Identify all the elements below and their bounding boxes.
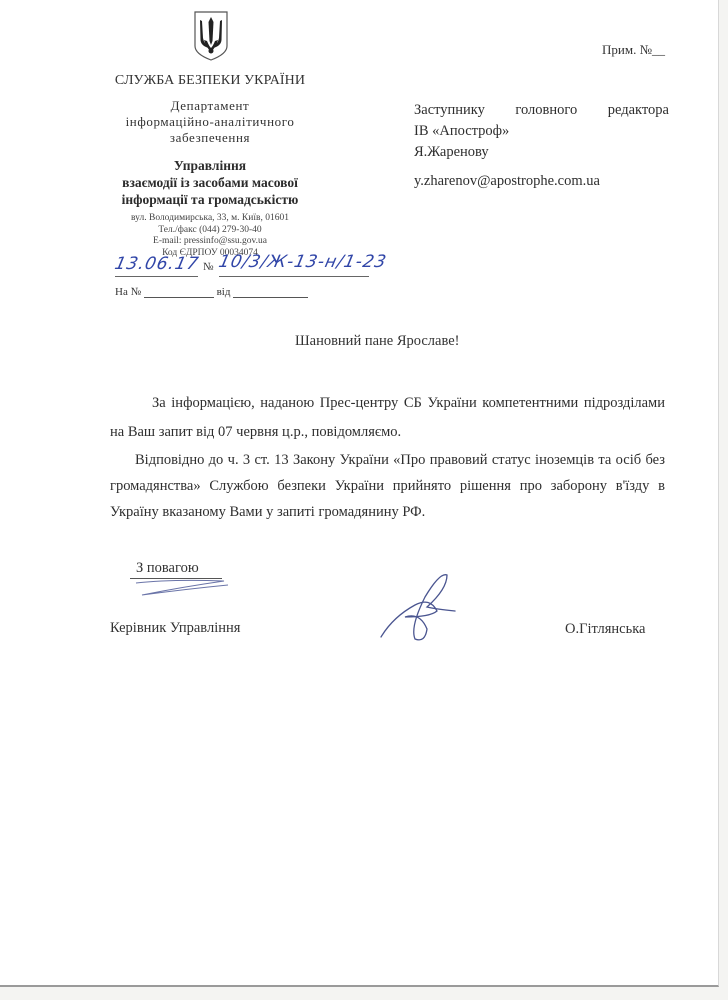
addressee-position: Заступнику головного редактора [414, 100, 669, 121]
number-label: № [203, 261, 214, 273]
address: вул. Володимирська, 33, м. Київ, 01601 [84, 213, 336, 225]
tryzub-emblem-icon [193, 10, 229, 62]
signature-icon [375, 567, 470, 645]
ref-number-blank [144, 285, 214, 298]
ref-label: На № [115, 286, 141, 298]
department-line: інформаційно-аналітичного [84, 114, 336, 130]
phone: Тел./факс (044) 279-30-40 [84, 225, 336, 237]
body-paragraph-1: За інформацією, наданою Прес-центру СБ У… [110, 389, 665, 447]
handwritten-number: 10/3/Ж-13-н/1-23 [217, 252, 389, 272]
reference-line: На № від [115, 285, 315, 298]
division-line: інформації та громадськістю [84, 191, 336, 208]
registration-date: 13.06.17 [115, 254, 198, 277]
addressee-email: y.zharenov@apostrophe.com.ua [414, 173, 600, 190]
letter-body: За інформацією, наданою Прес-центру СБ У… [110, 389, 665, 525]
copy-number: Прим. №__ [602, 42, 665, 58]
department-name: Департамент інформаційно-аналітичного за… [84, 98, 336, 146]
closing-regards: З повагою [136, 560, 199, 577]
department-line: забезпечення [84, 130, 336, 146]
division-line: взаємодії із засобами масової [84, 174, 336, 191]
signer-position: Керівник Управління [110, 620, 240, 637]
addressee-organization: ІВ «Апостроф» [414, 121, 669, 142]
ref-from-label: від [217, 286, 231, 298]
division-line: Управління [84, 157, 336, 174]
body-paragraph-2: Відповідно до ч. 3 ст. 13 Закону України… [110, 447, 665, 525]
ref-date-blank [233, 285, 308, 298]
initials-signature-icon [132, 577, 232, 599]
handwritten-date: 13.06.17 [113, 254, 201, 274]
registration-line: 13.06.17 № 10/3/Ж-13-н/1-23 [115, 254, 365, 280]
letter-page: СЛУЖБА БЕЗПЕКИ УКРАЇНИ Департамент інфор… [0, 0, 719, 987]
department-line: Департамент [84, 98, 336, 114]
addressee-name: Я.Жаренову [414, 142, 669, 163]
greeting: Шановний пане Ярославе! [295, 333, 460, 350]
division-name: Управління взаємодії із засобами масової… [84, 157, 336, 208]
signer-name: О.Гітлянська [565, 621, 645, 638]
registration-number: 10/3/Ж-13-н/1-23 [219, 252, 369, 277]
addressee-block: Заступнику головного редактора ІВ «Апост… [414, 100, 669, 163]
email: E-mail: pressinfo@ssu.gov.ua [84, 236, 336, 248]
organization-name: СЛУЖБА БЕЗПЕКИ УКРАЇНИ [84, 73, 336, 89]
